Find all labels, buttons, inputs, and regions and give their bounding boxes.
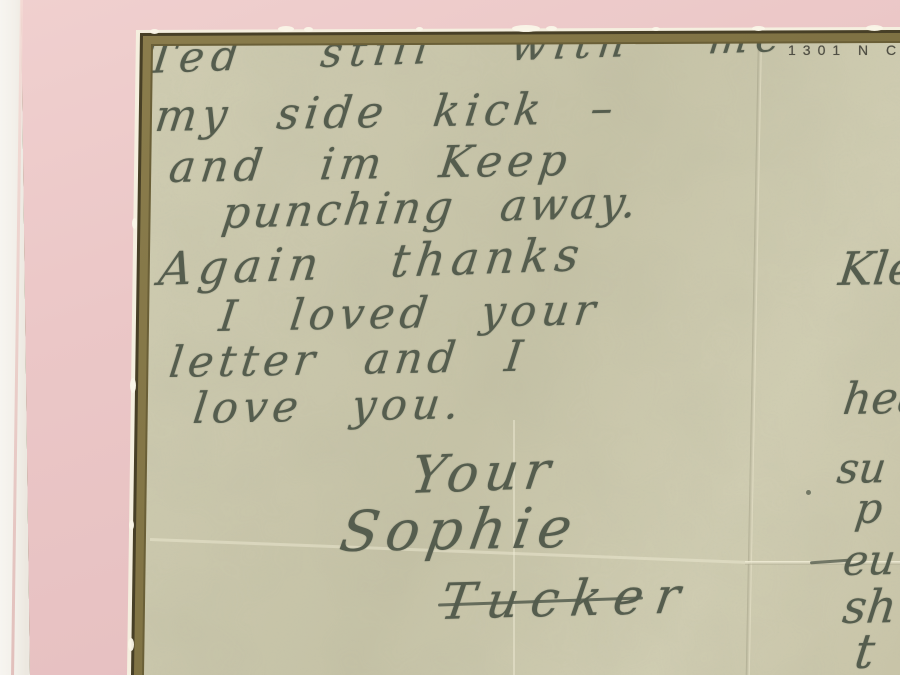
ink-dot: [806, 490, 811, 495]
right-page-fragment-2: hea: [841, 377, 900, 422]
mat-core-tear: [130, 378, 136, 393]
mat-core-tear: [752, 26, 765, 31]
handwriting-line-7: letter and I: [167, 336, 530, 385]
right-page-fragment-4: p: [853, 488, 885, 530]
framed-letter-photo: { "scene": { "description": "Close-up ph…: [0, 0, 900, 675]
printed-letterhead-address: 1301 N C: [788, 42, 900, 58]
mat-core-tear: [304, 27, 313, 32]
handwriting-line-6: I loved your: [217, 289, 603, 339]
handwriting-line-2: my side kick –: [153, 87, 621, 139]
mat-core-tear: [546, 26, 557, 31]
mat-core-tear: [866, 25, 883, 31]
signature-line-sophie: Sophie: [336, 501, 583, 561]
signature-line-your: Your: [408, 445, 560, 502]
right-page-fragment-1: Kle: [836, 245, 900, 292]
mat-core-tear: [132, 218, 137, 229]
handwriting-line-5: Again thanks: [156, 231, 587, 292]
mat-outer-edge-highlight: [11, 0, 23, 675]
mat-core-tear: [416, 27, 423, 31]
mat-core-tear: [278, 26, 294, 32]
handwriting-line-8: love you.: [191, 383, 467, 431]
mat-core-tear: [129, 520, 134, 530]
mat-core-tear: [128, 638, 134, 651]
mat-core-tear: [512, 25, 540, 32]
mat-core-tear: [652, 27, 660, 31]
mat-core-tear: [150, 29, 159, 34]
